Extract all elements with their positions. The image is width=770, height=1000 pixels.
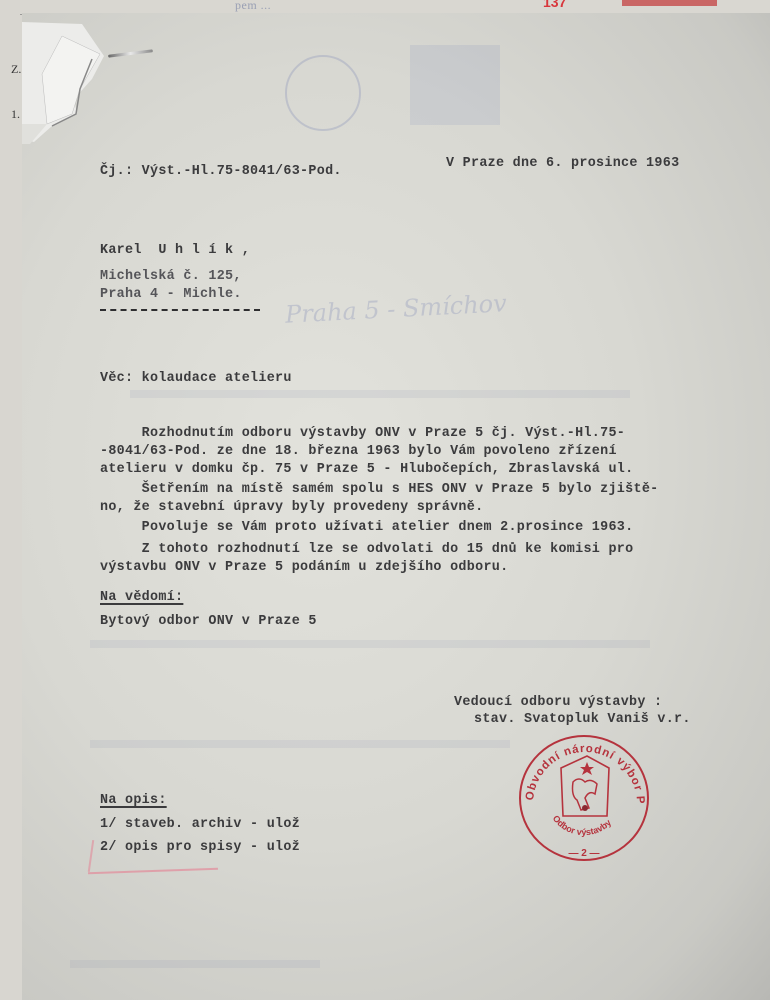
svg-text:Odbor výstavby: Odbor výstavby (551, 813, 613, 837)
stamp-number: — 2 — (568, 848, 599, 859)
ghost-typed-line (130, 390, 630, 398)
ghost-typed-line (90, 640, 650, 648)
torn-corner-icon (22, 14, 112, 144)
svg-text:Obvodní národní výbor Praha 5: Obvodní národní výbor Praha 5 (515, 732, 646, 805)
copies-item: 2/ opis pro spisy - ulož (100, 840, 300, 855)
recipient-underline (100, 309, 260, 311)
body-line: výstavbu ONV v Praze 5 podáním u zdejšíh… (100, 560, 508, 575)
copies-item: 1/ staveb. archiv - ulož (100, 817, 300, 832)
stamp-outer-text: Obvodní národní výbor Praha 5 (515, 732, 646, 805)
signature-name: stav. Svatopluk Vaniš v.r. (474, 712, 691, 727)
cc-heading: Na vědomí: (100, 590, 183, 605)
ghost-typed-line (90, 740, 510, 748)
margin-label-1: 1. (11, 107, 20, 122)
subject-line: Věc: kolaudace atelieru (100, 371, 292, 386)
recipient-city: Praha 4 - Michle. (100, 287, 242, 302)
official-stamp-icon: Obvodní národní výbor Praha 5 Odbor výst… (515, 732, 653, 862)
body-line: atelieru v domku čp. 75 v Praze 5 - Hlub… (100, 462, 633, 477)
recipient-street: Michelská č. 125, (100, 269, 242, 284)
signature-title: Vedoucí odboru výstavby : (454, 695, 662, 710)
place-and-date: V Praze dne 6. prosince 1963 (446, 156, 679, 171)
body-line: Rozhodnutím odboru výstavby ONV v Praze … (100, 426, 625, 441)
underlying-page-text: pem ... (235, 0, 271, 13)
copies-heading: Na opis: (100, 793, 167, 808)
ghost-stamp-block (410, 45, 500, 125)
body-line: -8041/63-Pod. ze dne 18. března 1963 byl… (100, 444, 617, 459)
red-page-number: 137 (543, 0, 566, 10)
ghost-postmark (285, 55, 361, 131)
reference-number: Čj.: Výst.-Hl.75-8041/63-Pod. (100, 164, 342, 179)
body-line: no, že stavební úpravy byly provedeny sp… (100, 500, 483, 515)
red-marking (622, 0, 717, 6)
ghost-typed-line (70, 960, 320, 968)
body-line: Povoluje se Vám proto užívati atelier dn… (100, 520, 633, 535)
stamp-inner-text: Odbor výstavby (551, 813, 613, 837)
body-line: Z tohoto rozhodnutí lze se odvolati do 1… (100, 542, 633, 557)
body-line: Šetřením na místě samém spolu s HES ONV … (100, 482, 659, 497)
cc-item: Bytový odbor ONV v Praze 5 (100, 614, 317, 629)
recipient-name: Karel U h l í k , (100, 243, 250, 258)
margin-label-z: Z. (11, 62, 21, 77)
